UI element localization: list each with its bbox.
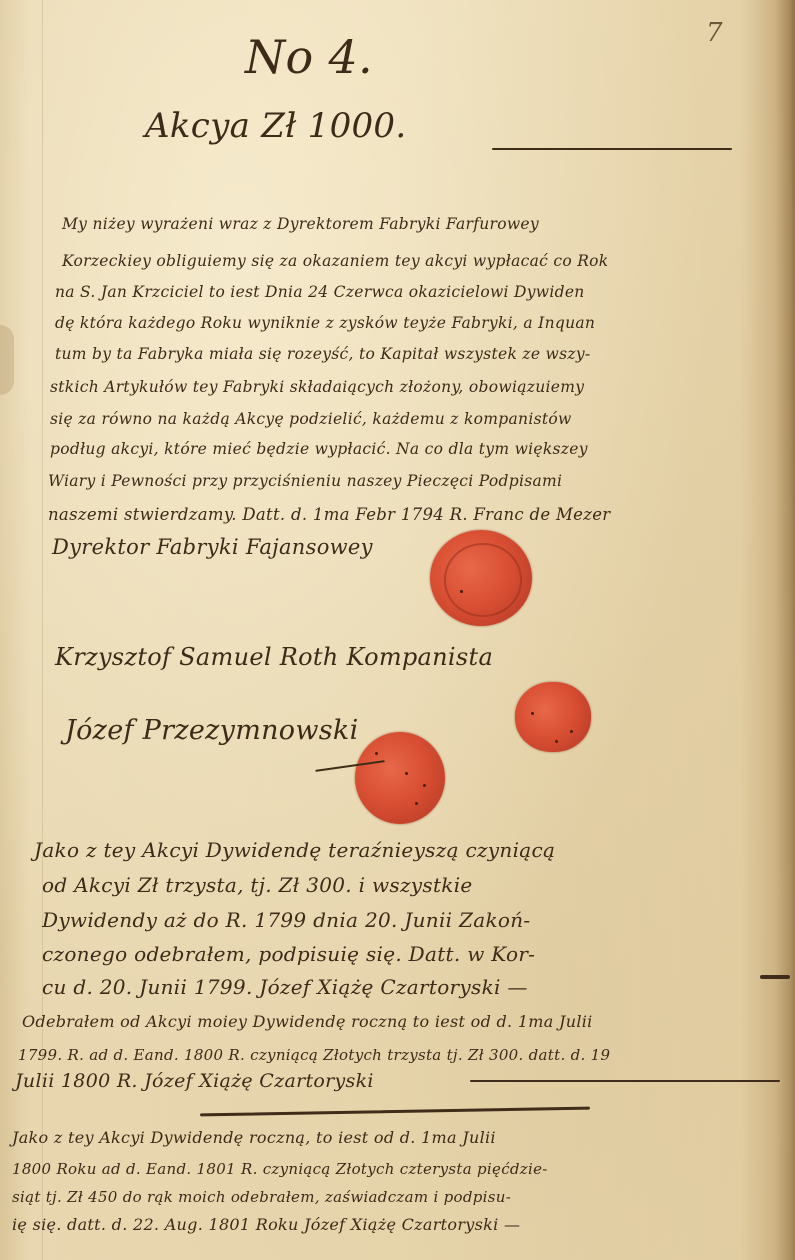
certificate-title: Akcya Zł 1000.	[145, 106, 406, 146]
manuscript-page: 7 No 4. Akcya Zł 1000. My niżey wyrażeni…	[0, 0, 795, 1260]
receipt-2-line: Odebrałem od Akcyi moiey Dywidendę roczn…	[22, 1012, 593, 1031]
certificate-number: No 4.	[245, 30, 373, 84]
main-text-line: podług akcyi, które mieć będzie wypłacić…	[50, 440, 588, 458]
main-text-line: naszemi stwierdzamy. Datt. d. 1ma Febr 1…	[48, 505, 610, 524]
receipt-1-line: czonego odebrałem, podpisuię się. Datt. …	[42, 942, 535, 966]
main-text-line: na S. Jan Krzciciel to iest Dnia 24 Czer…	[55, 283, 585, 301]
wax-seal	[430, 530, 532, 626]
receipt-3-line: Jako z tey Akcyi Dywidendę roczną, to ie…	[12, 1128, 496, 1147]
receipt-2-line: Julii 1800 R. Józef Xiążę Czartoryski	[15, 1070, 374, 1092]
signature-przezymnowski: Józef Przezymnowski	[65, 715, 359, 746]
section-divider	[200, 1107, 590, 1116]
main-text-line: tum by ta Fabryka miała się rozeyść, to …	[55, 345, 590, 363]
wax-seal	[515, 682, 591, 752]
receipt-2-line: 1799. R. ad d. Eand. 1800 R. czyniącą Zł…	[18, 1046, 610, 1064]
main-text-line: się za równo na każdą Akcyę podzielić, k…	[50, 410, 572, 428]
page-number: 7	[706, 18, 723, 48]
signature-roth: Krzysztof Samuel Roth Kompanista	[55, 643, 493, 671]
receipt-1-dash	[760, 975, 790, 979]
receipt-2-underline	[470, 1080, 780, 1082]
receipt-3-line: 1800 Roku ad d. Eand. 1801 R. czyniącą Z…	[12, 1160, 548, 1178]
receipt-1-line: Jako z tey Akcyi Dywidendę teraźnieyszą …	[34, 838, 555, 862]
director-title: Dyrektor Fabryki Fajansowey	[52, 535, 373, 559]
main-text-line: dę która każdego Roku wyniknie z zysków …	[55, 314, 595, 332]
main-text-line: Wiary i Pewności przy przyciśnieniu nasz…	[48, 472, 562, 490]
main-text-line: My niżey wyrażeni wraz z Dyrektorem Fabr…	[62, 215, 539, 233]
receipt-1-line: cu d. 20. Junii 1799. Józef Xiążę Czarto…	[42, 975, 528, 999]
main-text-line: Korzeckiey obliguiemy się za okazaniem t…	[62, 252, 609, 270]
receipt-1-line: od Akcyi Zł trzysta, tj. Zł 300. i wszys…	[42, 873, 473, 897]
wax-seal	[355, 732, 445, 824]
main-text-line: stkich Artykułów tey Fabryki składaiącyc…	[50, 378, 584, 396]
title-underline	[492, 148, 732, 150]
paper-stain	[0, 325, 14, 395]
receipt-3-line: siąt tj. Zł 450 do rąk moich odebrałem, …	[12, 1188, 511, 1206]
receipt-1-line: Dywidendy aż do R. 1799 dnia 20. Junii Z…	[42, 908, 530, 932]
receipt-3-line: ię się. datt. d. 22. Aug. 1801 Roku Józe…	[12, 1215, 520, 1234]
